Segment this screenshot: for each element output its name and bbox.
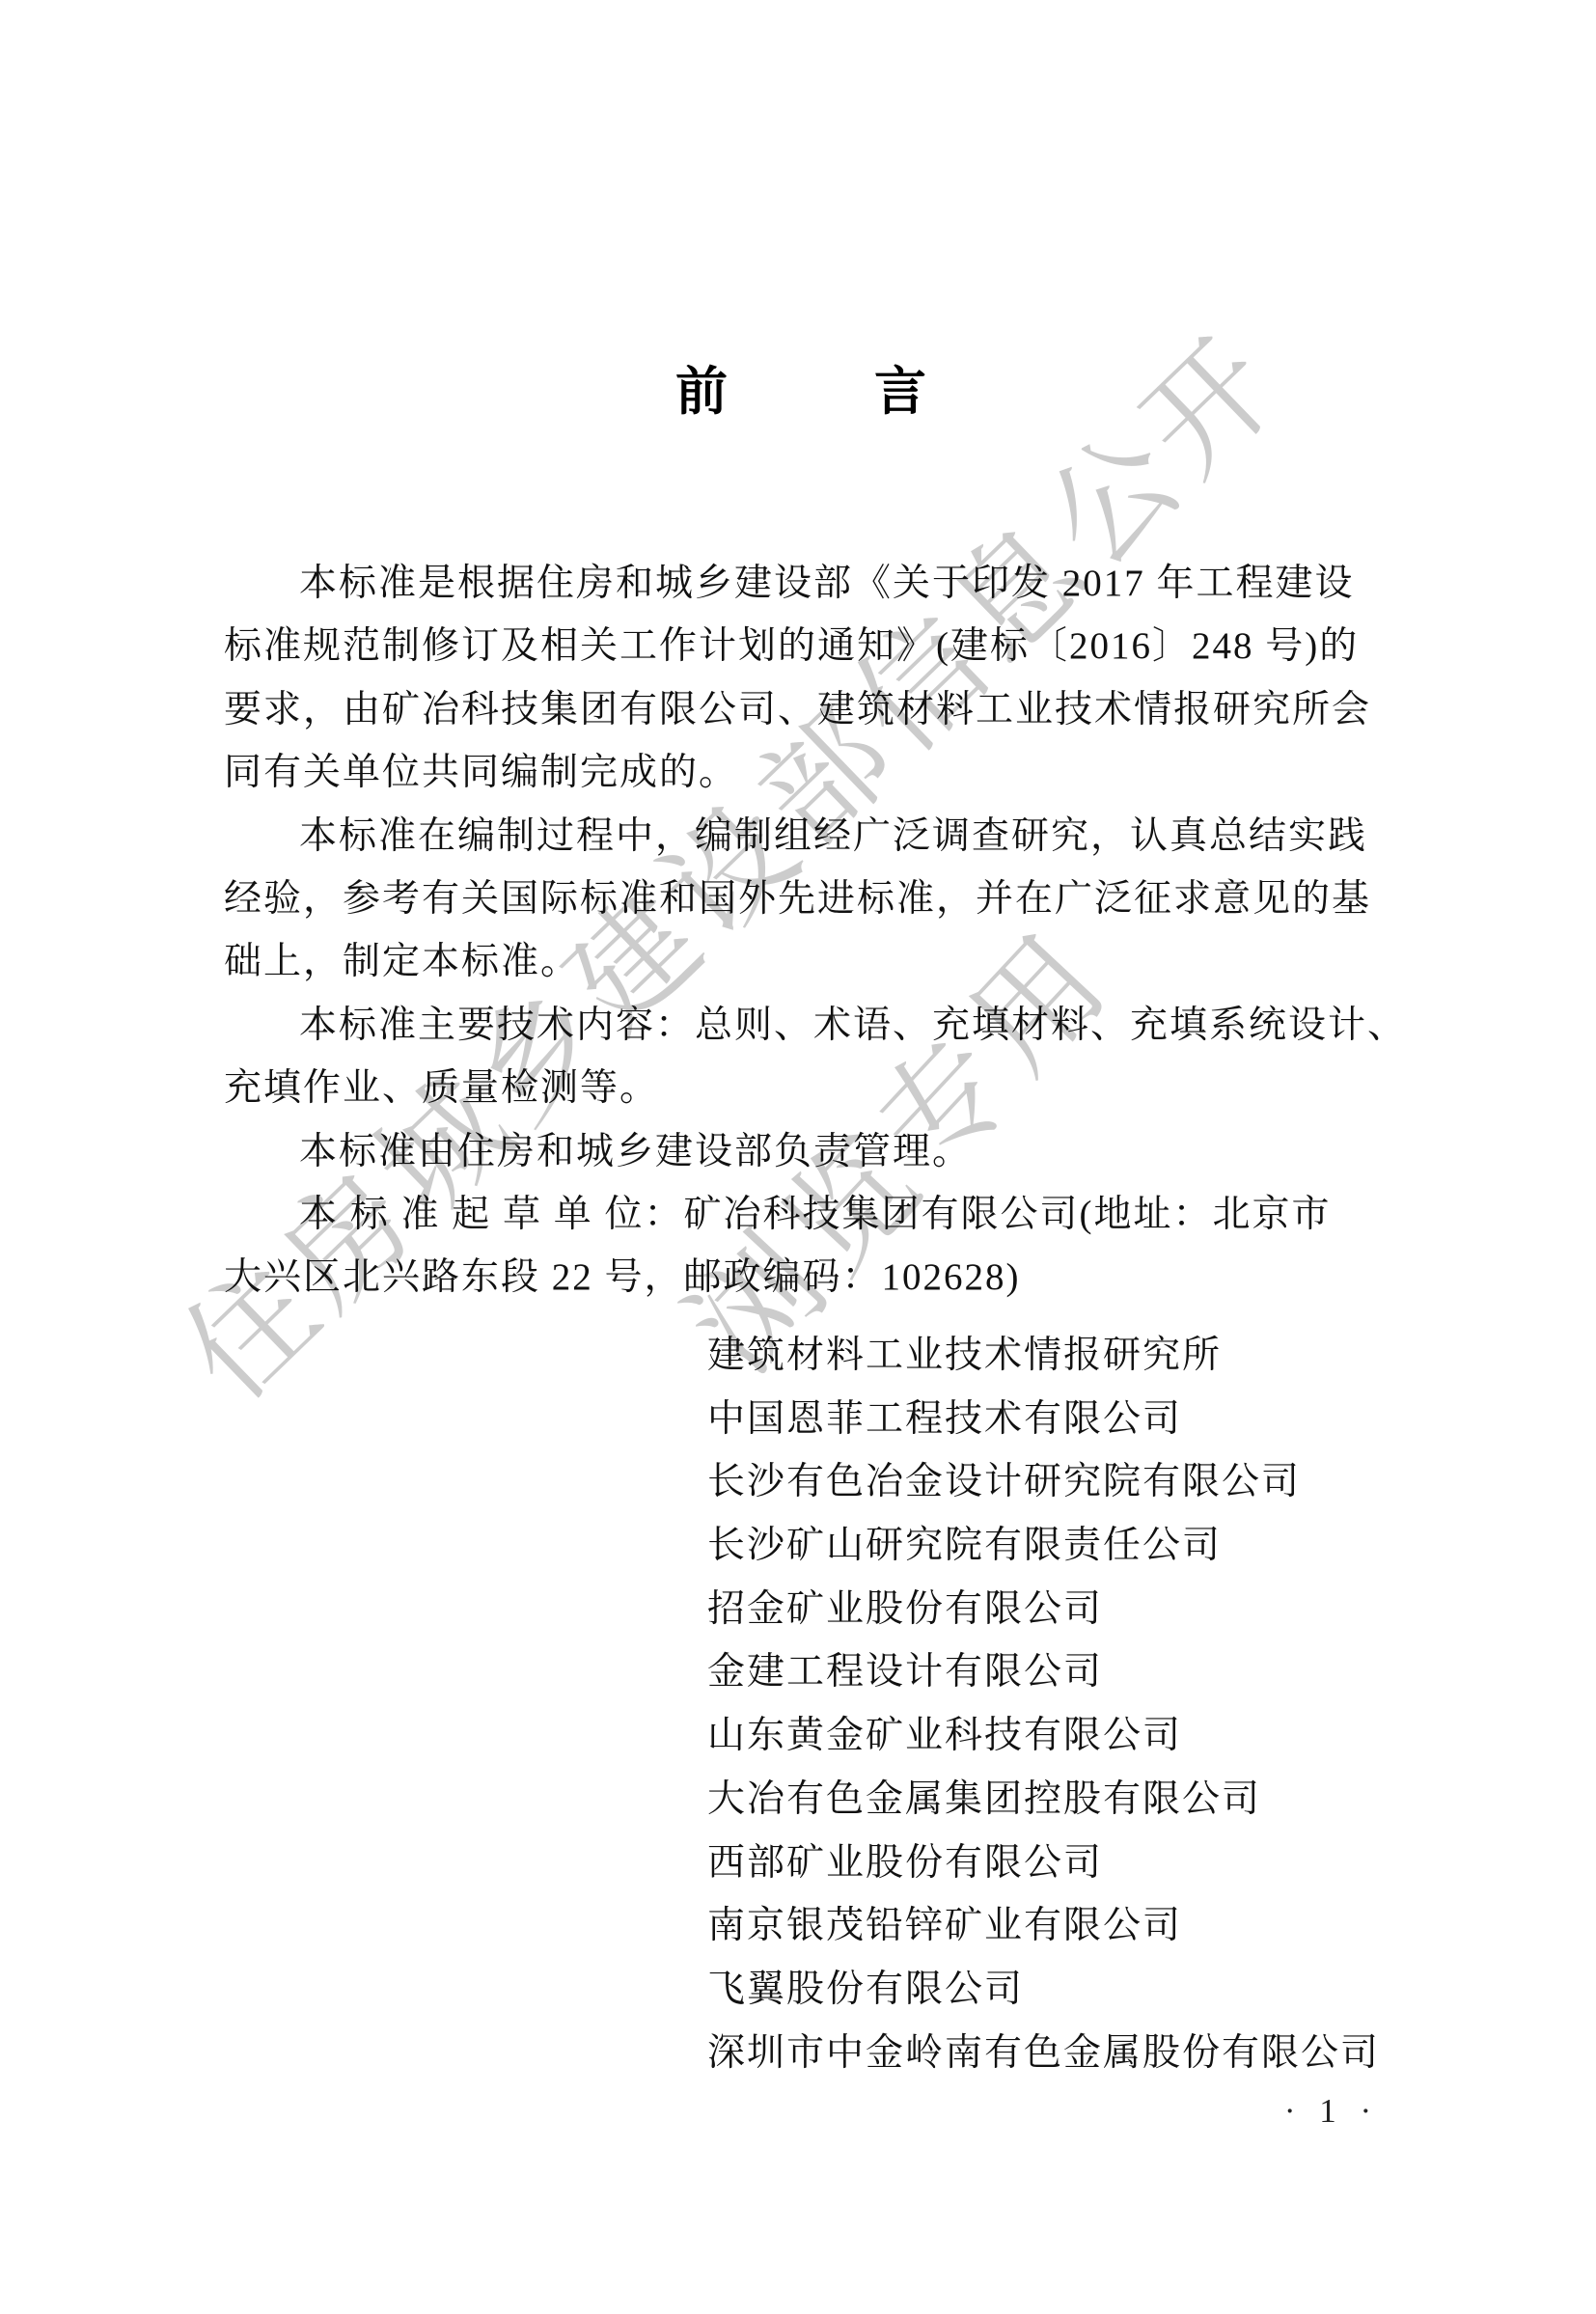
unit-line: 招金矿业股份有限公司 <box>707 1578 1479 1641</box>
body-line: 本标准是根据住房和城乡建设部《关于印发 2017 年工程建设 <box>224 552 1391 615</box>
unit-line: 南京银茂铅锌矿业有限公司 <box>707 1894 1479 1958</box>
body-line: 本标准主要技术内容：总则、术语、充填材料、充填系统设计、 <box>224 994 1391 1057</box>
unit-line: 山东黄金矿业科技有限公司 <box>707 1704 1479 1768</box>
unit-line: 飞翼股份有限公司 <box>707 1958 1479 2022</box>
body-line: 充填作业、质量检测等。 <box>224 1057 1391 1119</box>
page-title: 前 言 <box>224 363 1378 421</box>
body-line: 大兴区北兴路东段 22 号，邮政编码：102628) <box>224 1246 1391 1309</box>
document-page: 住房城乡建设部信息公开 浏览专用 前 言 本标准是根据住房和城乡建设部《关于印发… <box>0 0 1596 2314</box>
unit-line: 建筑材料工业技术情报研究所 <box>707 1324 1479 1388</box>
unit-line: 金建工程设计有限公司 <box>707 1640 1479 1704</box>
drafting-units: 建筑材料工业技术情报研究所中国恩菲工程技术有限公司长沙有色冶金设计研究院有限公司… <box>707 1324 1479 2084</box>
body-line: 标准规范制修订及相关工作计划的通知》(建标〔2016〕248 号)的 <box>224 615 1391 677</box>
unit-line: 长沙矿山研究院有限责任公司 <box>707 1514 1479 1578</box>
page-number: · 1 · <box>1254 2088 1409 2135</box>
unit-line: 西部矿业股份有限公司 <box>707 1832 1479 1895</box>
body-line: 同有关单位共同编制完成的。 <box>224 741 1391 804</box>
body-line: 础上，制定本标准。 <box>224 930 1391 993</box>
title-char-1: 前 <box>675 363 728 421</box>
body-line: 本标准由住房和城乡建设部负责管理。 <box>224 1120 1391 1183</box>
unit-line: 长沙有色冶金设计研究院有限公司 <box>707 1450 1479 1514</box>
body-line: 本标准在编制过程中，编制组经广泛调查研究，认真总结实践 <box>224 805 1391 868</box>
body-line: 经验，参考有关国际标准和国外先进标准，并在广泛征求意见的基 <box>224 868 1391 930</box>
body-line: 要求，由矿冶科技集团有限公司、建筑材料工业技术情报研究所会 <box>224 678 1391 741</box>
unit-line: 中国恩菲工程技术有限公司 <box>707 1388 1479 1451</box>
body-text: 本标准是根据住房和城乡建设部《关于印发 2017 年工程建设标准规范制修订及相关… <box>224 552 1391 1309</box>
unit-line: 深圳市中金岭南有色金属股份有限公司 <box>707 2022 1479 2085</box>
title-char-2: 言 <box>874 363 926 421</box>
body-line: 本 标 准 起 草 单 位：矿冶科技集团有限公司(地址：北京市 <box>224 1183 1391 1246</box>
unit-line: 大冶有色金属集团控股有限公司 <box>707 1768 1479 1832</box>
